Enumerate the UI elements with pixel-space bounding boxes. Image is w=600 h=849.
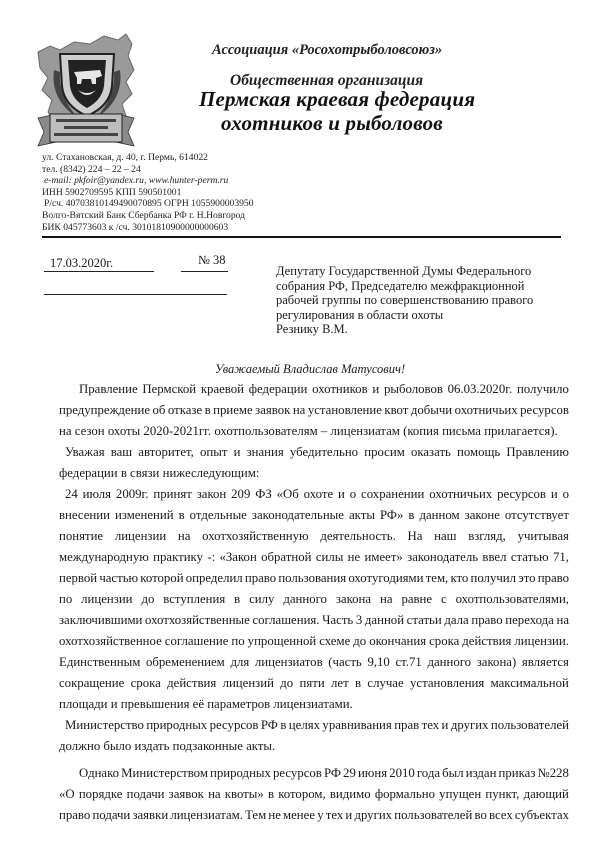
tax-ids: ИНН 5902709595 КПП 590501001 xyxy=(42,187,254,199)
addressee-block: Депутату Государственной Думы Федерально… xyxy=(276,264,533,337)
body-line: понятиелицензиинаохотхозяйственнуюдеятел… xyxy=(59,526,569,547)
addressee-line: рабочей группы по совершенствованию прав… xyxy=(276,293,533,308)
number-underline xyxy=(181,271,228,272)
organization-requisites: ул. Стахановская, д. 40, г. Пермь, 61402… xyxy=(42,152,254,233)
body-line: должно было издать подзаконные акты. xyxy=(59,736,569,757)
organization-name-line-2: охотников и рыболовов xyxy=(221,111,443,136)
addressee-line: собрания РФ, Председателю межфракционной xyxy=(276,279,533,294)
association-title: Ассоциация «Росохотрыболовсоюз» xyxy=(212,42,442,59)
letter-body: ПравлениеПермскойкраевойфедерацииохотник… xyxy=(59,379,569,826)
federation-emblem-icon xyxy=(30,30,142,148)
body-line: на сезон охоты 2020-2021гг. охотпользова… xyxy=(59,421,569,442)
body-line: 24июля2009г.принятзакон209ФЗ«Обохотеиосо… xyxy=(59,484,569,505)
body-line: правоподачизаявкилицензиатам.Темнеменееу… xyxy=(59,805,569,826)
body-line: заключившимиохотхозяйственныесоглашения.… xyxy=(59,610,569,631)
body-line: Уважаявашавторитет,опытизнанияубедительн… xyxy=(59,442,569,463)
addressee-line: регулирования в области охоты xyxy=(276,308,533,323)
document-number: № 38 xyxy=(198,253,226,268)
body-line: сокращениесрокадействиялицензийдопятилет… xyxy=(59,673,569,694)
salutation: Уважаемый Владислав Матусович! xyxy=(0,362,600,377)
body-line: предупреждениеоботказевприемезаявокнауст… xyxy=(59,400,569,421)
body-line: «Опорядкеподачизаявокнаквоты»вкотором,ви… xyxy=(59,784,569,805)
date-underline xyxy=(44,271,154,272)
addressee-line: Резнику В.М. xyxy=(276,322,533,337)
bank-account: Р/сч. 40703810149490070895 ОГРН 10559000… xyxy=(42,198,254,210)
body-line: МинистерствоприродныхресурсовРФвцеляхура… xyxy=(59,715,569,736)
letterhead-divider xyxy=(42,236,561,238)
reference-blank-line xyxy=(44,294,227,295)
organization-name-line-1: Пермская краевая федерация xyxy=(199,87,475,112)
phone: тел. (8342) 224 – 22 – 24 xyxy=(42,164,254,176)
document-date: 17.03.2020г. xyxy=(50,256,113,271)
body-line: федерации в связи нижеследующим: xyxy=(59,463,569,484)
body-line: ПравлениеПермскойкраевойфедерацииохотник… xyxy=(59,379,569,400)
addressee-line: Депутату Государственной Думы Федерально… xyxy=(276,264,533,279)
bik-correspondent-account: БИК 045773603 к /сч. 3010181090000000060… xyxy=(42,222,254,234)
body-line: Единственнымобременениемдлялицензиатов(ч… xyxy=(59,652,569,673)
body-line: первойчастьюкоторойопределилправопользов… xyxy=(59,568,569,589)
body-line: полицензиидовступлениявсилуданногозакона… xyxy=(59,589,569,610)
salutation-text: Уважаемый Владислав Матусович! xyxy=(215,362,405,376)
body-line: внесенииизмененийвотдельныезаконодательн… xyxy=(59,505,569,526)
body-line: ОднакоМинистерствомприродныхресурсовРФ29… xyxy=(59,763,569,784)
email-website: e-mail: pkfoir@yandex.ru, www.hunter-per… xyxy=(42,175,254,187)
address: ул. Стахановская, д. 40, г. Пермь, 61402… xyxy=(42,152,254,164)
body-line: площади и превышения её параметров лицен… xyxy=(59,694,569,715)
body-line: международнуюпрактику-:«Законобратнойсил… xyxy=(59,547,569,568)
bank-name: Волго-Вятский Банк Сбербанка РФ г. Н.Нов… xyxy=(42,210,254,222)
body-line: охотхозяйственноесоглашениепоупрощеннойс… xyxy=(59,631,569,652)
